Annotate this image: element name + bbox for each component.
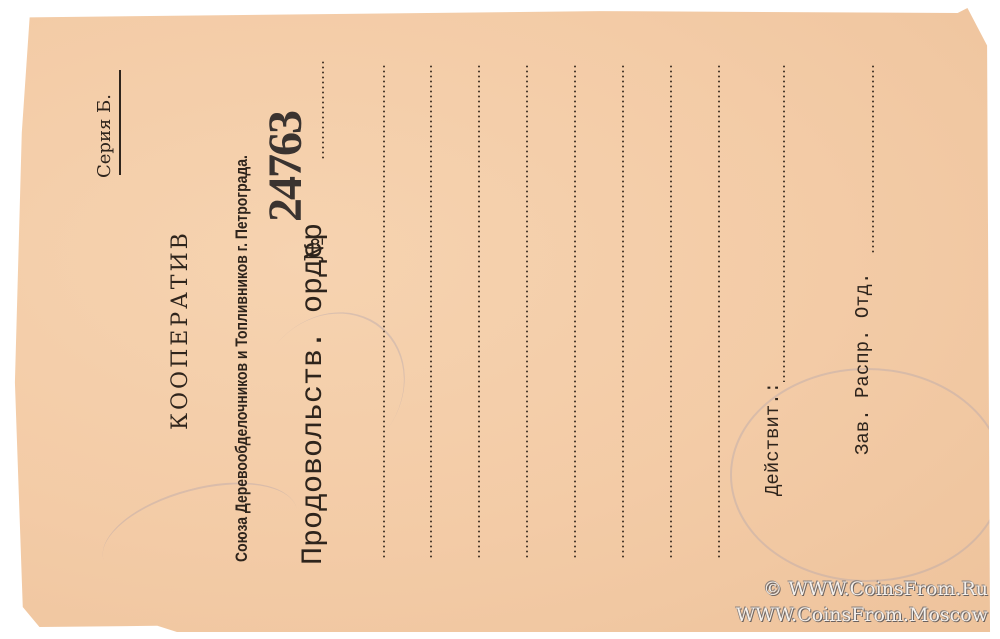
valid-dotted-line — [783, 64, 785, 382]
ration-order-document — [10, 8, 992, 632]
dotted-column-2 — [430, 64, 432, 560]
dotted-column-7 — [670, 64, 672, 560]
series-underline — [119, 70, 121, 175]
watermark-line-2: WWW.CoinsFrom.Moscow — [736, 604, 988, 626]
dotted-column-4 — [526, 64, 528, 560]
cooperative-title: КООПЕРАТИВ — [168, 230, 193, 430]
number-sign: № — [300, 237, 330, 262]
order-label: Продовольств. ордер — [297, 223, 331, 565]
dotted-column-6 — [622, 64, 624, 560]
series-label: Серия Б. — [94, 94, 115, 178]
valid-label: Действит.: — [762, 382, 784, 496]
signature-label: Зав. Распр. Отд. — [852, 273, 874, 455]
dotted-column-1 — [383, 64, 385, 560]
union-name: Союза Деревообделочников и Топливников г… — [232, 66, 252, 562]
signature-dotted-line — [872, 64, 874, 254]
dotted-column-3 — [478, 64, 480, 560]
dotted-column-8 — [718, 64, 720, 560]
number-dotted-line — [322, 60, 324, 160]
dotted-column-5 — [574, 64, 576, 560]
serial-number: 24763 — [258, 112, 313, 222]
watermark-line-1: © WWW.CoinsFrom.Ru — [763, 578, 988, 600]
faded-signature — [92, 464, 309, 605]
